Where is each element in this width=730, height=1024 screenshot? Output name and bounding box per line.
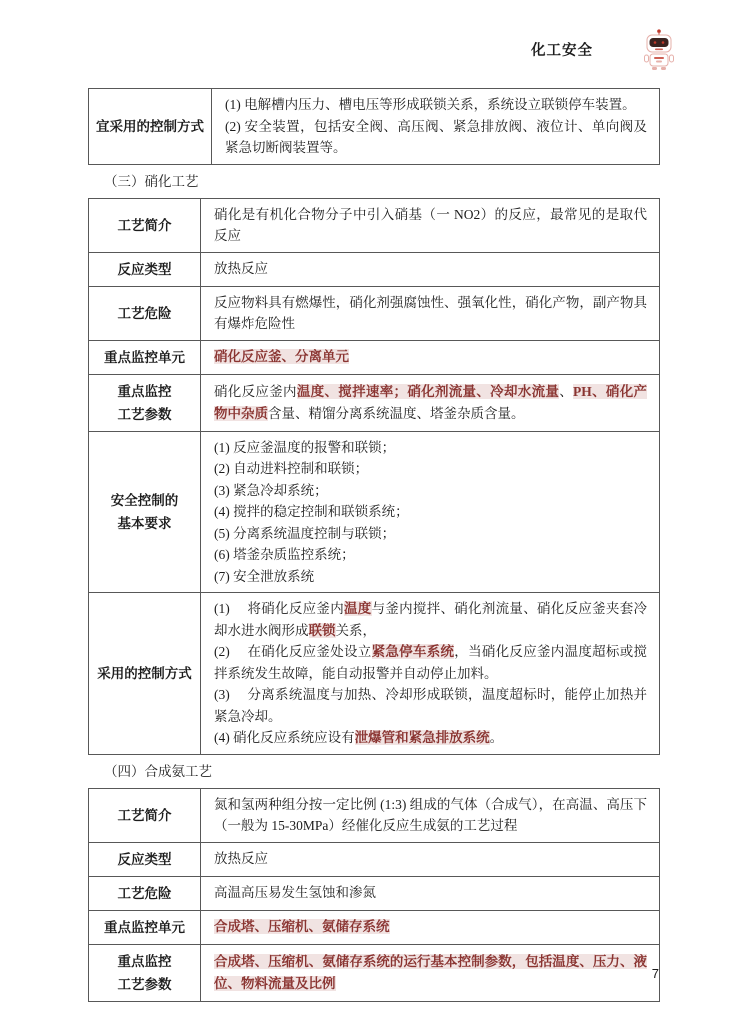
highlighted-text: 紧急停车系统 bbox=[372, 644, 455, 659]
content-paragraph: (3) 分离系统温度与加热、冷却形成联锁，温度超标时，能停止加热并紧急冷却。 bbox=[214, 684, 647, 727]
row-content: 硝化反应釜内温度、搅拌速率；硝化剂流量、冷却水流量、PH、硝化产物中杂质含量、精… bbox=[201, 375, 659, 431]
content-paragraph: 放热反应 bbox=[214, 258, 647, 280]
row-label: 宜采用的控制方式 bbox=[89, 89, 212, 164]
table-row: 重点监控工艺参数硝化反应釜内温度、搅拌速率；硝化剂流量、冷却水流量、PH、硝化产… bbox=[89, 374, 659, 431]
section-heading: （四）合成氨工艺 bbox=[88, 762, 660, 782]
table-row: 重点监控工艺参数合成塔、压缩机、氨储存系统的运行基本控制参数，包括温度、压力、液… bbox=[89, 944, 659, 1001]
row-label-line: 工艺参数 bbox=[118, 973, 172, 996]
text-segment: 放热反应 bbox=[214, 261, 268, 276]
info-table: 工艺简介硝化是有机化合物分子中引入硝基（一 NO2）的反应，最常见的是取代反应反… bbox=[88, 198, 660, 755]
table-row: 工艺危险反应物料具有燃爆性，硝化剂强腐蚀性、强氧化性，硝化产物，副产物具有爆炸危… bbox=[89, 286, 659, 340]
page-header-title: 化工安全 bbox=[531, 39, 593, 60]
content-paragraph: 放热反应 bbox=[214, 848, 647, 870]
row-label-line: 工艺危险 bbox=[118, 882, 172, 905]
content-paragraph: (4) 搅拌的稳定控制和联锁系统； bbox=[214, 501, 647, 523]
text-segment: (2) 安全装置，包括安全阀、高压阀、紧急排放阀、液位计、单向阀及紧急切断阀装置… bbox=[225, 119, 647, 156]
content-paragraph: (5) 分离系统温度控制与联锁； bbox=[214, 523, 647, 545]
table-row: 工艺危险高温高压易发生氢蚀和渗氮 bbox=[89, 876, 659, 910]
text-segment: (1) 将硝化反应釜内 bbox=[214, 601, 344, 616]
row-label: 采用的控制方式 bbox=[89, 593, 201, 754]
content-paragraph: 硝化反应釜内温度、搅拌速率；硝化剂流量、冷却水流量、PH、硝化产物中杂质含量、精… bbox=[214, 381, 647, 424]
content-paragraph: (3) 紧急冷却系统； bbox=[214, 480, 647, 502]
text-segment: (4) 搅拌的稳定控制和联锁系统； bbox=[214, 504, 409, 519]
text-segment: (6) 塔釜杂质监控系统； bbox=[214, 547, 355, 562]
content-paragraph: (2) 在硝化反应釜处设立紧急停车系统，当硝化反应釜内温度超标或搅拌系统发生故障… bbox=[214, 641, 647, 684]
highlighted-text: 泄爆管和紧急排放系统 bbox=[355, 730, 490, 745]
table-row: 反应类型放热反应 bbox=[89, 842, 659, 876]
table-row: 重点监控单元硝化反应釜、分离单元 bbox=[89, 340, 659, 374]
text-segment: 放热反应 bbox=[214, 851, 268, 866]
text-segment: 硝化反应釜内 bbox=[214, 384, 297, 399]
row-label: 工艺简介 bbox=[89, 789, 201, 842]
highlighted-text: 合成塔、压缩机、氨储存系统的运行基本控制参数，包括温度、压力、液位、物料流量及比… bbox=[214, 954, 647, 991]
content-paragraph: 合成塔、压缩机、氨储存系统 bbox=[214, 916, 647, 938]
content-paragraph: 反应物料具有燃爆性，硝化剂强腐蚀性、强氧化性，硝化产物，副产物具有爆炸危险性 bbox=[214, 292, 647, 335]
text-segment: 。 bbox=[490, 730, 504, 745]
highlighted-text: 硝化反应釜、分离单元 bbox=[214, 349, 349, 364]
table-row: 重点监控单元合成塔、压缩机、氨储存系统 bbox=[89, 910, 659, 944]
row-content: 硝化反应釜、分离单元 bbox=[201, 341, 659, 374]
content-paragraph: (1) 反应釜温度的报警和联锁； bbox=[214, 437, 647, 459]
text-segment: (3) 紧急冷却系统； bbox=[214, 483, 328, 498]
page-number: 7 bbox=[652, 966, 659, 981]
row-content: 合成塔、压缩机、氨储存系统的运行基本控制参数，包括温度、压力、液位、物料流量及比… bbox=[201, 945, 659, 1001]
content-paragraph: (2) 安全装置，包括安全阀、高压阀、紧急排放阀、液位计、单向阀及紧急切断阀装置… bbox=[225, 116, 647, 159]
row-content: (1) 将硝化反应釜内温度与釜内搅拌、硝化剂流量、硝化反应釜夹套冷却水进水阀形成… bbox=[201, 593, 659, 754]
row-label: 重点监控单元 bbox=[89, 341, 201, 374]
text-segment: 含量、精馏分离系统温度、塔釜杂质含量。 bbox=[268, 406, 525, 421]
table-row: 采用的控制方式(1) 将硝化反应釜内温度与釜内搅拌、硝化剂流量、硝化反应釜夹套冷… bbox=[89, 592, 659, 754]
content-paragraph: 硝化反应釜、分离单元 bbox=[214, 346, 647, 368]
row-label: 反应类型 bbox=[89, 253, 201, 286]
info-table: 宜采用的控制方式(1) 电解槽内压力、槽电压等形成联锁关系，系统设立联锁停车装置… bbox=[88, 88, 660, 165]
text-segment: 硝化是有机化合物分子中引入硝基（一 NO2）的反应，最常见的是取代反应 bbox=[214, 207, 647, 244]
content-paragraph: 硝化是有机化合物分子中引入硝基（一 NO2）的反应，最常见的是取代反应 bbox=[214, 204, 647, 247]
row-label-line: 工艺简介 bbox=[118, 214, 172, 237]
row-label-line: 重点监控单元 bbox=[104, 346, 185, 369]
text-segment: 氮和氢两种组分按一定比例 (1:3) 组成的气体（合成气），在高温、高压下（一般… bbox=[214, 797, 647, 834]
row-label: 重点监控单元 bbox=[89, 911, 201, 944]
content-paragraph: 合成塔、压缩机、氨储存系统的运行基本控制参数，包括温度、压力、液位、物料流量及比… bbox=[214, 951, 647, 994]
row-content: (1) 电解槽内压力、槽电压等形成联锁关系，系统设立联锁停车装置。(2) 安全装… bbox=[212, 89, 659, 164]
row-label-line: 反应类型 bbox=[118, 258, 172, 281]
text-segment: (1) 电解槽内压力、槽电压等形成联锁关系，系统设立联锁停车装置。 bbox=[225, 97, 636, 112]
row-content: 反应物料具有燃爆性，硝化剂强腐蚀性、强氧化性，硝化产物，副产物具有爆炸危险性 bbox=[201, 287, 659, 340]
content-paragraph: (2) 自动进料控制和联锁； bbox=[214, 458, 647, 480]
section-heading: （三）硝化工艺 bbox=[88, 172, 660, 192]
row-label-line: 工艺参数 bbox=[118, 403, 172, 426]
row-label-line: 工艺危险 bbox=[118, 302, 172, 325]
row-label: 重点监控工艺参数 bbox=[89, 375, 201, 431]
content-paragraph: (6) 塔釜杂质监控系统； bbox=[214, 544, 647, 566]
row-content: 高温高压易发生氢蚀和渗氮 bbox=[201, 877, 659, 910]
text-segment: (4) 硝化反应系统应设有 bbox=[214, 730, 355, 745]
row-content: 合成塔、压缩机、氨储存系统 bbox=[201, 911, 659, 944]
text-segment: (7) 安全泄放系统 bbox=[214, 569, 314, 584]
text-segment: 高温高压易发生氢蚀和渗氮 bbox=[214, 885, 376, 900]
document-page: 化工安全 宜采用的控制方式(1) 电解槽内压力、槽电压等形成联锁关系，系统设立联… bbox=[0, 0, 730, 1024]
highlighted-text: 联锁 bbox=[309, 623, 336, 638]
row-label: 反应类型 bbox=[89, 843, 201, 876]
row-label-line: 基本要求 bbox=[118, 512, 172, 535]
document-body: 宜采用的控制方式(1) 电解槽内压力、槽电压等形成联锁关系，系统设立联锁停车装置… bbox=[88, 88, 660, 1009]
row-label-line: 重点监控单元 bbox=[104, 916, 185, 939]
row-label-line: 采用的控制方式 bbox=[97, 662, 192, 685]
row-label-line: 宜采用的控制方式 bbox=[96, 115, 204, 138]
row-label: 工艺危险 bbox=[89, 287, 201, 340]
row-content: 放热反应 bbox=[201, 843, 659, 876]
text-segment: 反应物料具有燃爆性，硝化剂强腐蚀性、强氧化性，硝化产物，副产物具有爆炸危险性 bbox=[214, 295, 647, 332]
content-paragraph: (4) 硝化反应系统应设有泄爆管和紧急排放系统。 bbox=[214, 727, 647, 749]
content-paragraph: (1) 电解槽内压力、槽电压等形成联锁关系，系统设立联锁停车装置。 bbox=[225, 94, 647, 116]
table-row: 工艺简介氮和氢两种组分按一定比例 (1:3) 组成的气体（合成气），在高温、高压… bbox=[89, 789, 659, 842]
row-content: 硝化是有机化合物分子中引入硝基（一 NO2）的反应，最常见的是取代反应 bbox=[201, 199, 659, 252]
row-label-line: 反应类型 bbox=[118, 848, 172, 871]
row-content: 放热反应 bbox=[201, 253, 659, 286]
row-content: 氮和氢两种组分按一定比例 (1:3) 组成的气体（合成气），在高温、高压下（一般… bbox=[201, 789, 659, 842]
text-segment: (1) 反应釜温度的报警和联锁； bbox=[214, 440, 395, 455]
table-row: 宜采用的控制方式(1) 电解槽内压力、槽电压等形成联锁关系，系统设立联锁停车装置… bbox=[89, 89, 659, 164]
text-segment: (5) 分离系统温度控制与联锁； bbox=[214, 526, 395, 541]
highlighted-text: 温度、搅拌速率；硝化剂流量、冷却水流量 bbox=[297, 384, 559, 399]
content-paragraph: 氮和氢两种组分按一定比例 (1:3) 组成的气体（合成气），在高温、高压下（一般… bbox=[214, 794, 647, 837]
row-label-line: 重点监控 bbox=[118, 950, 172, 973]
row-label-line: 重点监控 bbox=[118, 380, 172, 403]
row-label: 工艺简介 bbox=[89, 199, 201, 252]
row-content: (1) 反应釜温度的报警和联锁；(2) 自动进料控制和联锁；(3) 紧急冷却系统… bbox=[201, 432, 659, 593]
text-segment: (2) 在硝化反应釜处设立 bbox=[214, 644, 372, 659]
text-segment: 、 bbox=[559, 384, 573, 399]
text-segment: 关系， bbox=[336, 623, 377, 638]
row-label: 工艺危险 bbox=[89, 877, 201, 910]
row-label: 重点监控工艺参数 bbox=[89, 945, 201, 1001]
text-segment: (2) 自动进料控制和联锁； bbox=[214, 461, 368, 476]
row-label-line: 安全控制的 bbox=[111, 489, 179, 512]
highlighted-text: 温度 bbox=[344, 601, 372, 616]
info-table: 工艺简介氮和氢两种组分按一定比例 (1:3) 组成的气体（合成气），在高温、高压… bbox=[88, 788, 660, 1002]
table-row: 工艺简介硝化是有机化合物分子中引入硝基（一 NO2）的反应，最常见的是取代反应 bbox=[89, 199, 659, 252]
text-segment: (3) 分离系统温度与加热、冷却形成联锁，温度超标时，能停止加热并紧急冷却。 bbox=[214, 687, 647, 724]
content-paragraph: (1) 将硝化反应釜内温度与釜内搅拌、硝化剂流量、硝化反应釜夹套冷却水进水阀形成… bbox=[214, 598, 647, 641]
content-paragraph: 高温高压易发生氢蚀和渗氮 bbox=[214, 882, 647, 904]
table-row: 反应类型放热反应 bbox=[89, 252, 659, 286]
content-paragraph: (7) 安全泄放系统 bbox=[214, 566, 647, 588]
highlighted-text: 合成塔、压缩机、氨储存系统 bbox=[214, 919, 390, 934]
table-row: 安全控制的基本要求(1) 反应釜温度的报警和联锁；(2) 自动进料控制和联锁；(… bbox=[89, 431, 659, 593]
row-label: 安全控制的基本要求 bbox=[89, 432, 201, 593]
robot-mascot-icon bbox=[643, 28, 675, 74]
row-label-line: 工艺简介 bbox=[118, 804, 172, 827]
